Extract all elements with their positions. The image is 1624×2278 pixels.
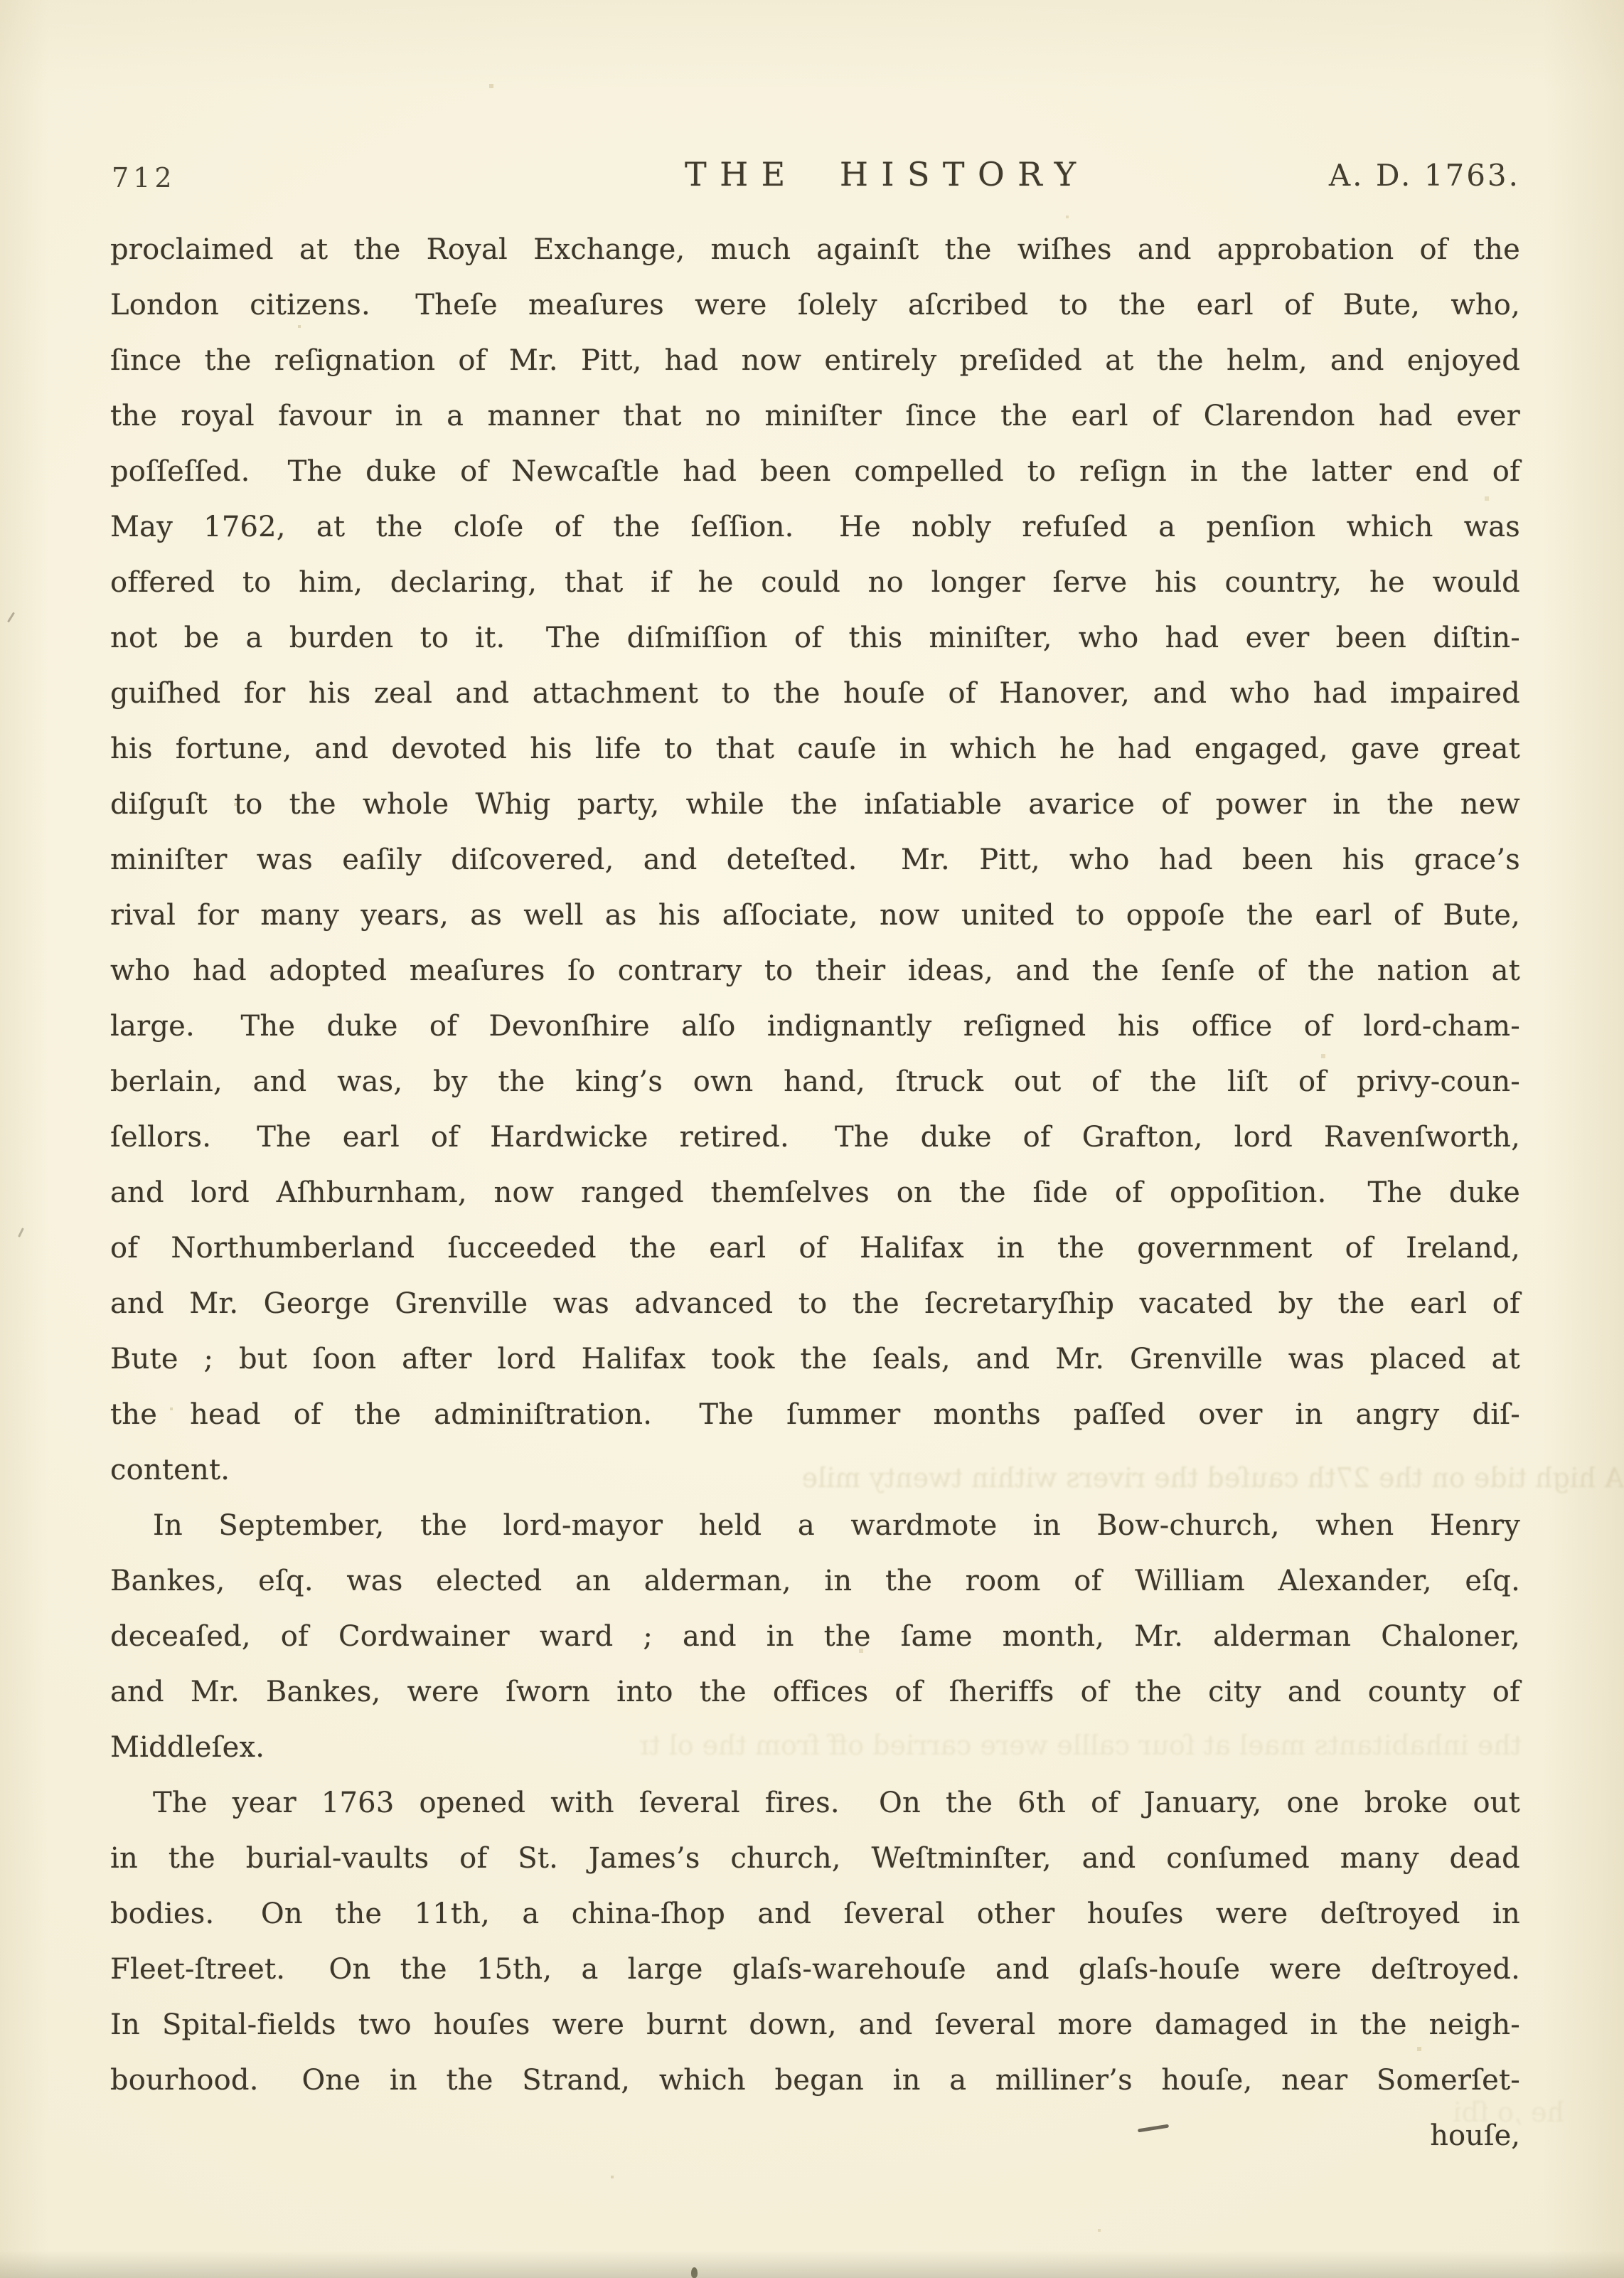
text-line: Bankes, eſq. was elected an alderman, in… [110, 1553, 1520, 1609]
text-line: ſince the reſignation of Mr. Pitt, had n… [110, 333, 1520, 388]
text-line: his fortune, and devoted his life to tha… [110, 721, 1520, 777]
text-line: and lord Aſhburnham, now ranged themſelv… [110, 1165, 1520, 1220]
text-block: proclaimed at the Royal Exchange, much a… [110, 222, 1520, 2108]
catchword: houſe, [110, 2108, 1520, 2163]
text-line: deceaſed, of Cordwainer ward ; and in th… [110, 1609, 1520, 1664]
scanned-book-page: A high tide on the 27th cauſed the river… [0, 0, 1624, 2278]
text-line: poſſeſſed. The duke of Newcaſtle had bee… [110, 444, 1520, 499]
text-line: of Northumberland ſucceeded the earl of … [110, 1220, 1520, 1276]
text-line: guiſhed for his zeal and attachment to t… [110, 666, 1520, 721]
text-line: ſellors. The earl of Hardwicke retired. … [110, 1109, 1520, 1165]
margin-mark [7, 612, 15, 622]
page-number: 712 [112, 162, 176, 193]
text-line: not be a burden to it. The diſmiſſion of… [110, 610, 1520, 666]
text-line: In September, the lord-mayor held a ward… [110, 1498, 1520, 1553]
text-line: berlain, and was, by the king’s own hand… [110, 1054, 1520, 1109]
text-line: in the burial-vaults of St. James’s chur… [110, 1831, 1520, 1886]
text-line: bourhood. One in the Strand, which began… [110, 2053, 1520, 2108]
text-line: rival for many years, as well as his aſſ… [110, 888, 1520, 943]
text-line: diſguſt to the whole Whig party, while t… [110, 777, 1520, 832]
text-line: and Mr. George Grenville was advanced to… [110, 1276, 1520, 1331]
ink-speck [691, 2267, 698, 2278]
page-header: 712 THE HISTORY A. D. 1763. [110, 155, 1520, 198]
running-title: THE HISTORY [685, 155, 1089, 193]
text-line: content. [110, 1442, 1520, 1498]
text-line: the royal favour in a manner that no min… [110, 388, 1520, 444]
text-line: May 1762, at the cloſe of the ſeſſion. H… [110, 499, 1520, 555]
text-line: miniſter was eaſily diſcovered, and dete… [110, 832, 1520, 888]
text-line: offered to him, declaring, that if he co… [110, 555, 1520, 610]
text-line: Middleſex. [110, 1720, 1520, 1775]
paper-flecks [0, 0, 1, 1]
text-line: London citizens. Theſe meaſures were ſol… [110, 277, 1520, 333]
text-line: Fleet-ſtreet. On the 15th, a large glaſs… [110, 1942, 1520, 1997]
text-line: Bute ; but ſoon after lord Halifax took … [110, 1331, 1520, 1387]
text-line: who had adopted meaſures ſo contrary to … [110, 943, 1520, 999]
text-line: the head of the adminiſtration. The ſumm… [110, 1387, 1520, 1442]
text-line: proclaimed at the Royal Exchange, much a… [110, 222, 1520, 277]
text-line: and Mr. Bankes, were ſworn into the offi… [110, 1664, 1520, 1720]
text-line: In Spital-fields two houſes were burnt d… [110, 1997, 1520, 2053]
text-line: The year 1763 opened with ſeveral fires.… [110, 1775, 1520, 1831]
date-header: A. D. 1763. [1329, 158, 1520, 193]
text-line: bodies. On the 11th, a china-ſhop and ſe… [110, 1886, 1520, 1942]
margin-mark [18, 1228, 24, 1238]
text-line: large. The duke of Devonſhire alſo indig… [110, 999, 1520, 1054]
